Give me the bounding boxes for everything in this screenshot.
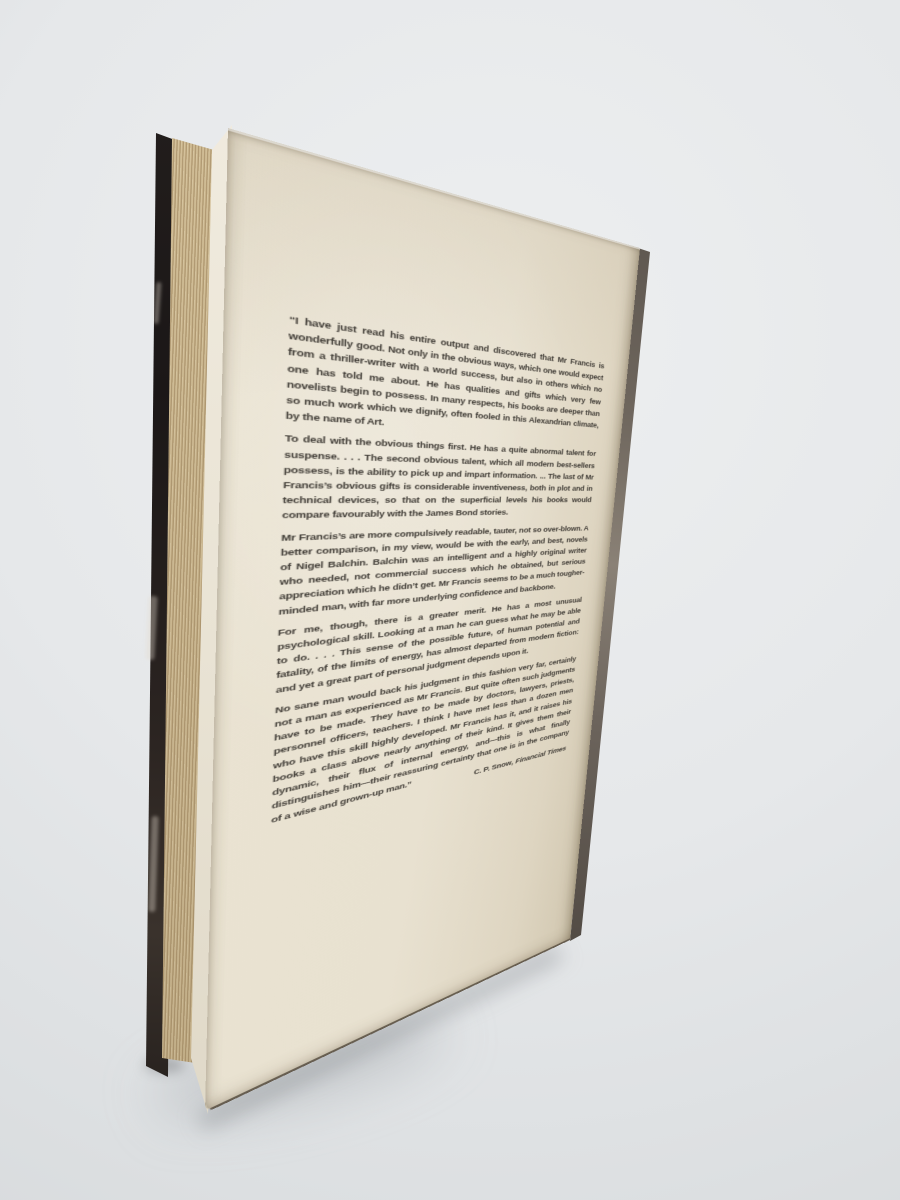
review-text-block: “I have just read his entire output and … <box>271 312 605 833</box>
dust-jacket-back-panel: “I have just read his entire output and … <box>205 128 640 1113</box>
book-photograph: “I have just read his entire output and … <box>0 0 900 1200</box>
review-paragraph: To deal with the obvious things first. H… <box>282 432 597 524</box>
review-paragraph: “I have just read his entire output and … <box>285 312 605 443</box>
